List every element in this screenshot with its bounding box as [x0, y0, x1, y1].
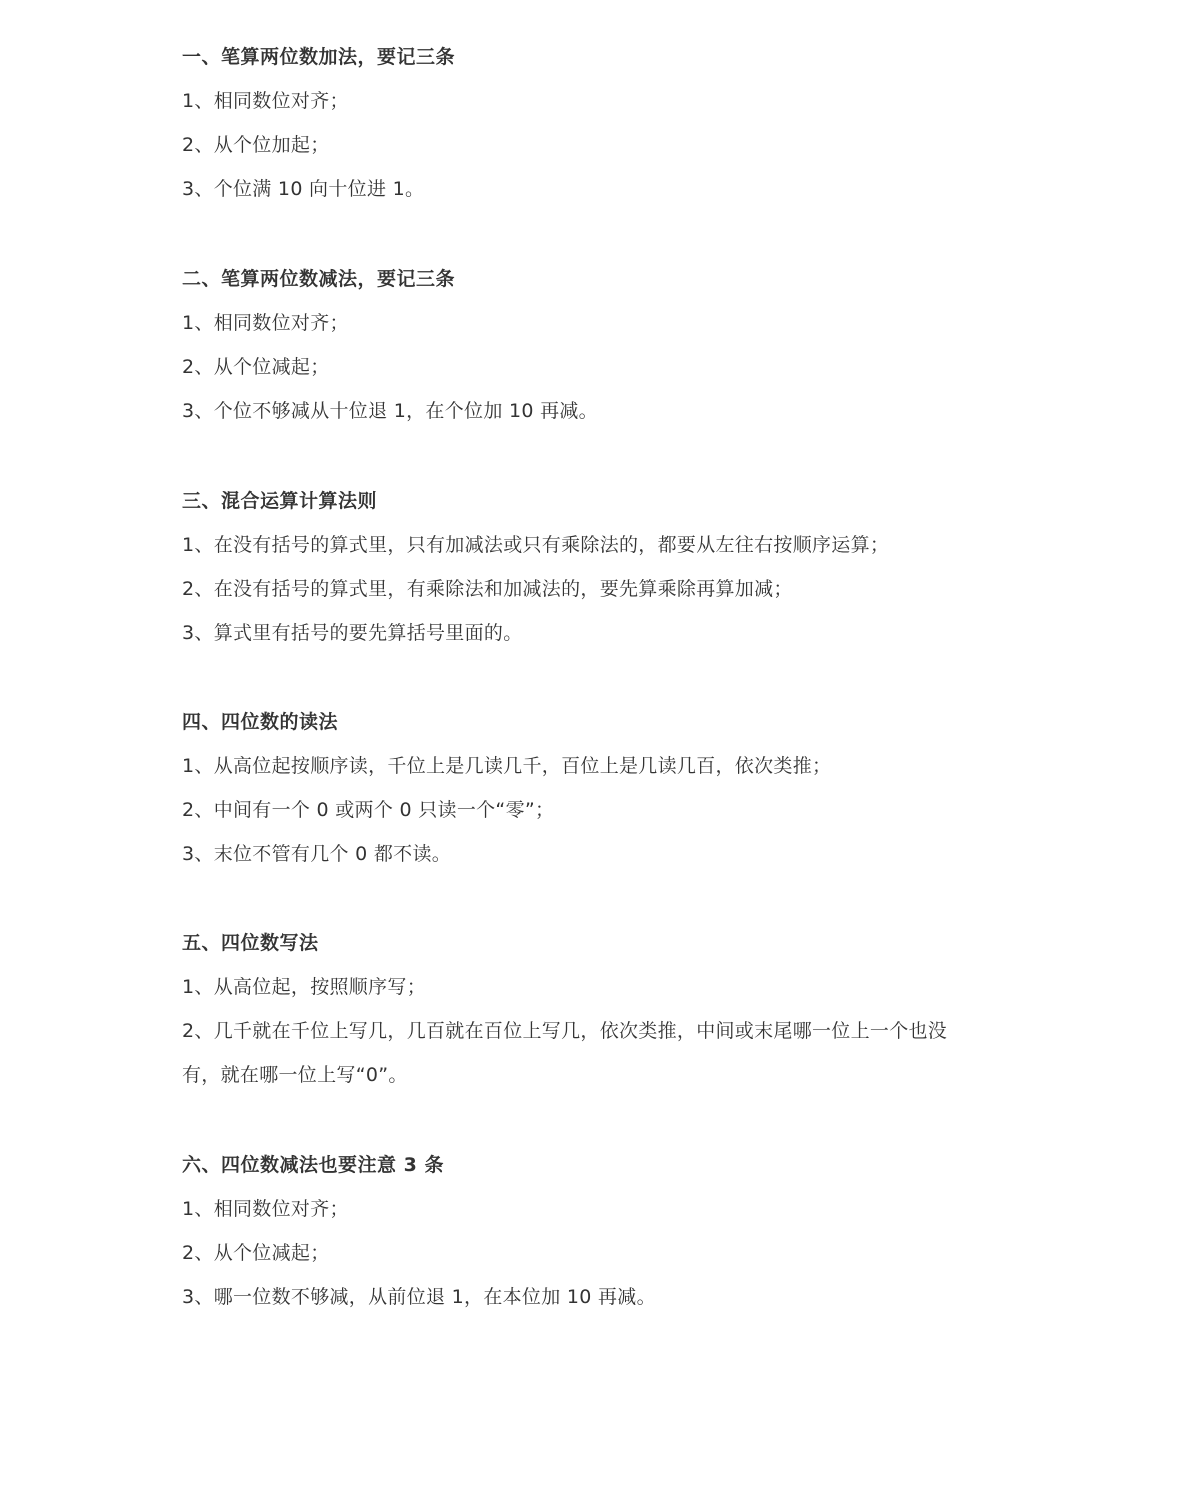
rule-item: 1、相同数位对齐； [182, 86, 1042, 130]
section-heading: 三、混合运算计算法则 [182, 486, 1042, 530]
rule-item: 1、相同数位对齐； [182, 1194, 1042, 1238]
section-heading: 五、四位数写法 [182, 928, 1042, 972]
section-reading-four-digit: 四、四位数的读法 1、从高位起按顺序读，千位上是几读几千，百位上是几读几百，依次… [182, 707, 1042, 883]
section-heading: 一、笔算两位数加法，要记三条 [182, 42, 1042, 86]
rule-item: 1、相同数位对齐； [182, 308, 1042, 352]
section-heading: 二、笔算两位数减法，要记三条 [182, 264, 1042, 308]
rule-item: 2、几千就在千位上写几，几百就在百位上写几，依次类推，中间或末尾哪一位上一个也没 [182, 1016, 1042, 1060]
section-subtraction: 二、笔算两位数减法，要记三条 1、相同数位对齐； 2、从个位减起； 3、个位不够… [182, 264, 1042, 440]
rule-item: 2、从个位加起； [182, 130, 1042, 174]
section-writing-four-digit: 五、四位数写法 1、从高位起，按照顺序写； 2、几千就在千位上写几，几百就在百位… [182, 928, 1042, 1104]
section-four-digit-subtraction: 六、四位数减法也要注意 3 条 1、相同数位对齐； 2、从个位减起； 3、哪一位… [182, 1150, 1042, 1326]
rule-item: 2、从个位减起； [182, 352, 1042, 396]
rule-item: 1、在没有括号的算式里，只有加减法或只有乘除法的，都要从左往右按顺序运算； [182, 530, 1042, 574]
section-heading: 六、四位数减法也要注意 3 条 [182, 1150, 1042, 1194]
section-addition: 一、笔算两位数加法，要记三条 1、相同数位对齐； 2、从个位加起； 3、个位满 … [182, 42, 1042, 218]
rule-item: 3、末位不管有几个 0 都不读。 [182, 839, 1042, 883]
section-mixed-operations: 三、混合运算计算法则 1、在没有括号的算式里，只有加减法或只有乘除法的，都要从左… [182, 486, 1042, 662]
rule-item: 2、在没有括号的算式里，有乘除法和加减法的，要先算乘除再算加减； [182, 574, 1042, 618]
rule-item: 3、算式里有括号的要先算括号里面的。 [182, 618, 1042, 662]
rule-item-continuation: 有，就在哪一位上写“0”。 [182, 1060, 1042, 1104]
document-page: 一、笔算两位数加法，要记三条 1、相同数位对齐； 2、从个位加起； 3、个位满 … [0, 0, 1198, 1489]
section-heading: 四、四位数的读法 [182, 707, 1042, 751]
rule-item: 2、中间有一个 0 或两个 0 只读一个“零”； [182, 795, 1042, 839]
rule-item: 2、从个位减起； [182, 1238, 1042, 1282]
rule-item: 3、个位不够减从十位退 1，在个位加 10 再减。 [182, 396, 1042, 440]
rule-item: 1、从高位起，按照顺序写； [182, 972, 1042, 1016]
rule-item: 3、个位满 10 向十位进 1。 [182, 174, 1042, 218]
rule-item: 3、哪一位数不够减，从前位退 1，在本位加 10 再减。 [182, 1282, 1042, 1326]
rule-item: 1、从高位起按顺序读，千位上是几读几千，百位上是几读几百，依次类推； [182, 751, 1042, 795]
